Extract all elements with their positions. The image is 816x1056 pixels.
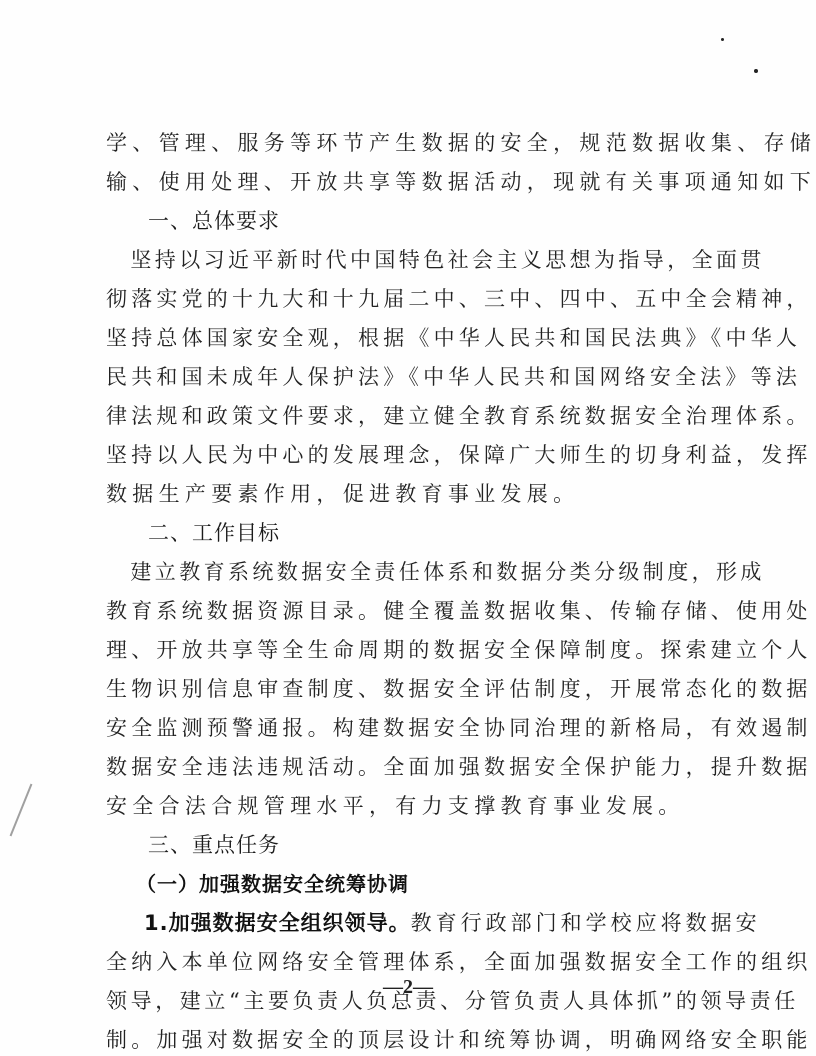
body-line: 输、使用处理、开放共享等数据活动，现就有关事项通知如下。 [106, 163, 698, 202]
body-line: 制。加强对数据安全的顶层设计和统筹协调，明确网络安全职能 [106, 1021, 698, 1056]
section-heading-general-requirements: 一、总体要求 [106, 202, 698, 241]
item-lead-text: 教育行政部门和学校应将数据安 [411, 911, 761, 935]
body-line-item-1: 1.加强数据安全组织领导。教育行政部门和学校应将数据安 [106, 904, 698, 943]
body-line: 坚持总体国家安全观，根据《中华人民共和国民法典》《中华人 [106, 319, 698, 358]
body-line: 民共和国未成年人保护法》《中华人民共和国网络安全法》等法 [106, 358, 698, 397]
body-line: 学、管理、服务等环节产生数据的安全，规范数据收集、存储传 [106, 124, 698, 163]
body-line: 生物识别信息审查制度、数据安全评估制度，开展常态化的数据 [106, 670, 698, 709]
body-line: 坚持以习近平新时代中国特色社会主义思想为指导，全面贯 [106, 241, 698, 280]
body-line: 安全监测预警通报。构建数据安全协同治理的新格局，有效遏制 [106, 709, 698, 748]
body-line: 数据生产要素作用，促进教育事业发展。 [106, 475, 698, 514]
body-line: 坚持以人民为中心的发展理念，保障广大师生的切身利益，发挥 [106, 436, 698, 475]
document-body: 学、管理、服务等环节产生数据的安全，规范数据收集、存储传 输、使用处理、开放共享… [106, 124, 698, 1056]
body-line: 安全合法合规管理水平，有力支撑教育事业发展。 [106, 787, 698, 826]
document-page: 学、管理、服务等环节产生数据的安全，规范数据收集、存储传 输、使用处理、开放共享… [0, 0, 816, 1056]
body-line: 彻落实党的十九大和十九届二中、三中、四中、五中全会精神， [106, 280, 698, 319]
scan-speck [754, 69, 758, 73]
section-heading-key-tasks: 三、重点任务 [106, 826, 698, 865]
body-line: 教育系统数据资源目录。健全覆盖数据收集、传输存储、使用处 [106, 592, 698, 631]
body-line: 理、开放共享等全生命周期的数据安全保障制度。探索建立个人 [106, 631, 698, 670]
page-number: —2— [0, 976, 816, 999]
scan-scratch-mark [10, 784, 33, 837]
item-lead-title: 1.加强数据安全组织领导。 [144, 911, 411, 935]
scan-speck [721, 38, 724, 41]
section-heading-work-goals: 二、工作目标 [106, 514, 698, 553]
subsection-heading: （一）加强数据安全统筹协调 [106, 865, 698, 904]
body-line: 律法规和政策文件要求，建立健全教育系统数据安全治理体系。 [106, 397, 698, 436]
body-line: 建立教育系统数据安全责任体系和数据分类分级制度，形成 [106, 553, 698, 592]
body-line: 数据安全违法违规活动。全面加强数据安全保护能力，提升数据 [106, 748, 698, 787]
